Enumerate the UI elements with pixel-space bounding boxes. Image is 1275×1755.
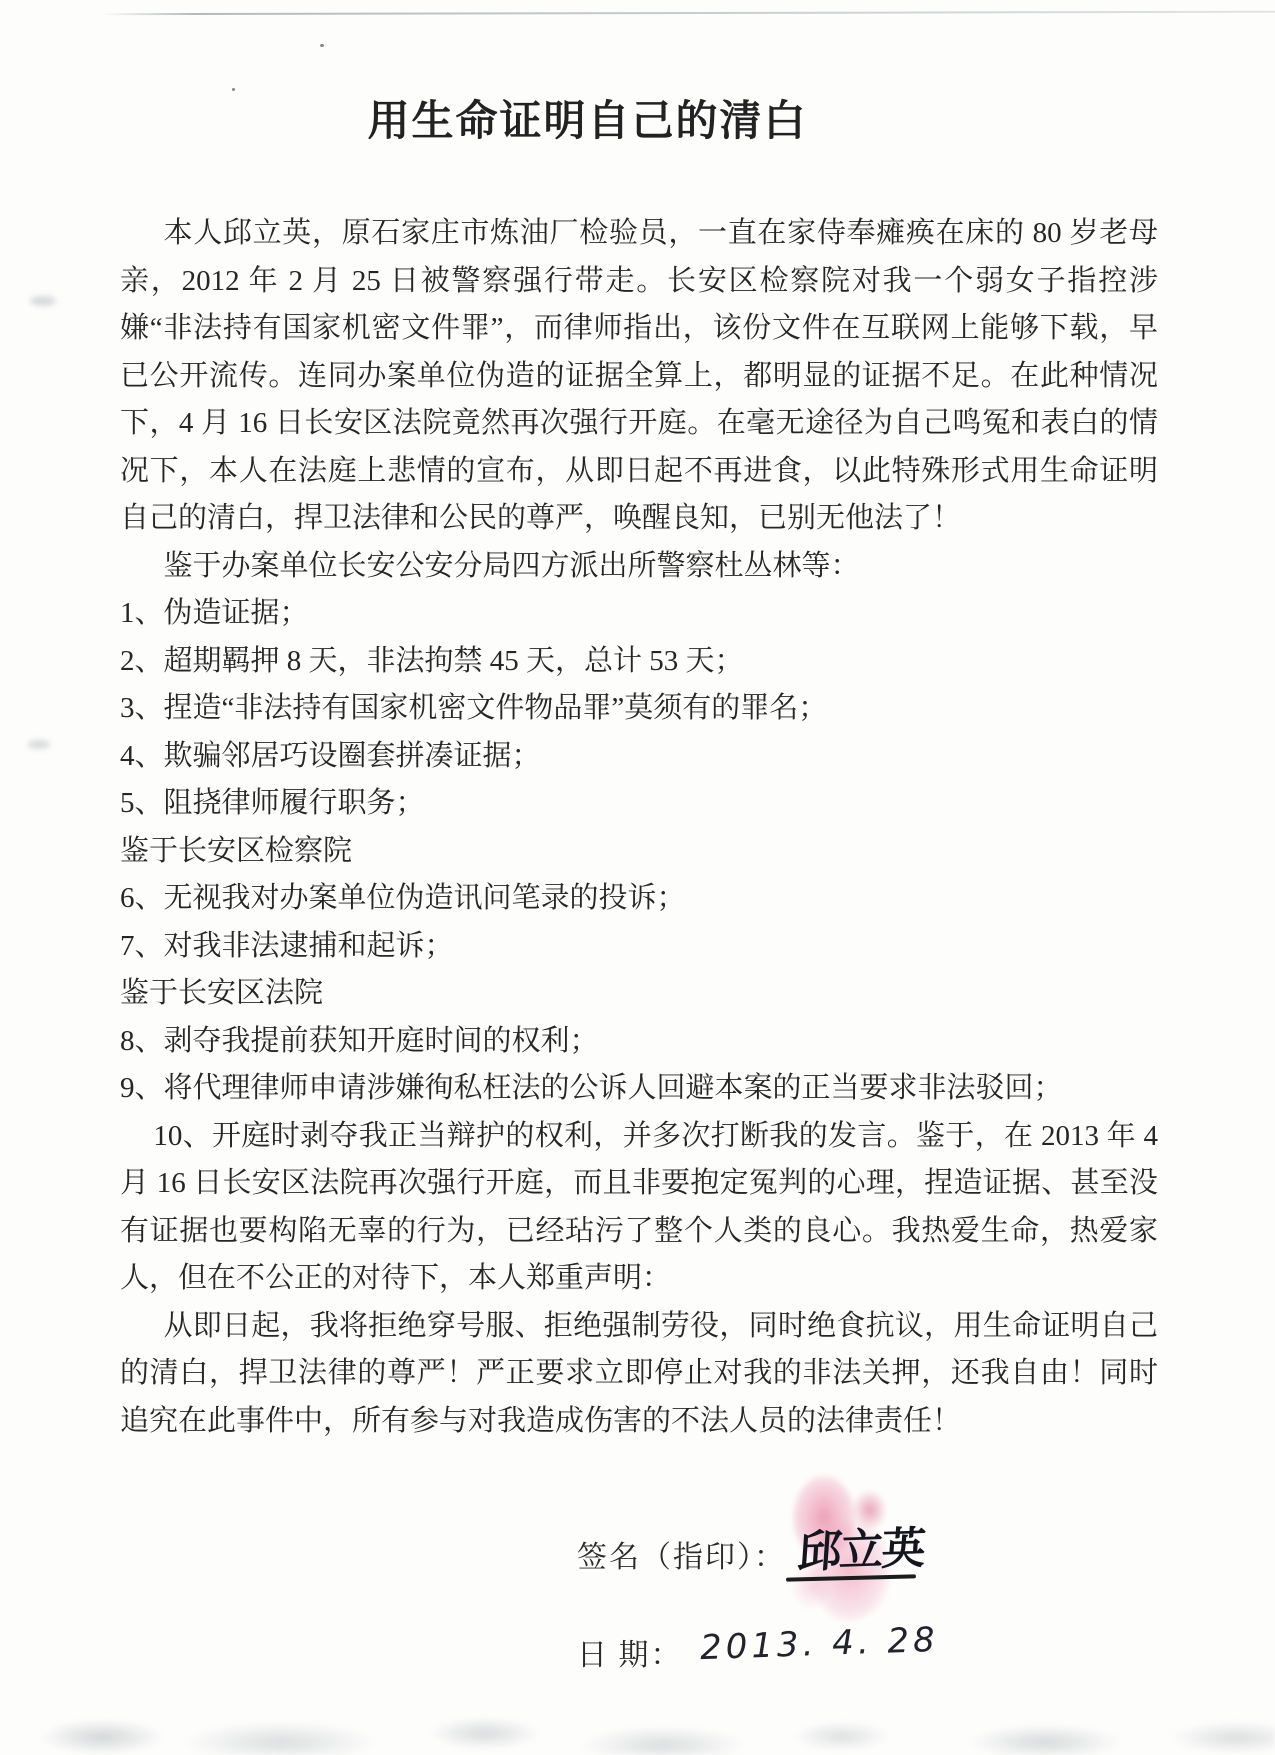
grievance-item-8: 8、剥夺我提前获知开庭时间的权利； — [120, 1018, 1158, 1066]
signature-label: 签名（指印）： — [577, 1532, 786, 1576]
date-label: 日 期： — [577, 1630, 683, 1674]
scan-edge-line — [100, 11, 1275, 15]
grievance-item-9: 9、将代理律师申请涉嫌徇私枉法的公诉人回避本案的正当要求非法驳回； — [120, 1065, 1158, 1113]
grievance-item-7: 7、对我非法逮捕和起诉； — [120, 923, 1158, 971]
grievance-item-2: 2、超期羁押 8 天，非法拘禁 45 天，总计 53 天； — [120, 638, 1158, 686]
date-handwriting: 2013. 4. 28 — [699, 1620, 939, 1668]
section-label-procuratorate: 鉴于长安区检察院 — [120, 828, 1158, 876]
signature-handwriting: 邱立英 — [796, 1512, 926, 1581]
declaration-paragraph: 从即日起，我将拒绝穿号服、拒绝强制劳役，同时绝食抗议，用生命证明自己的清白，捍卫… — [120, 1303, 1158, 1446]
scan-smudge — [30, 296, 56, 306]
regarding-police-line: 鉴于办案单位长安公安分局四方派出所警察杜丛林等： — [120, 543, 1158, 591]
intro-paragraph: 本人邱立英，原石家庄市炼油厂检验员，一直在家侍奉瘫痪在床的 80 岁老母亲，20… — [120, 210, 1158, 543]
document-body: 本人邱立英，原石家庄市炼油厂检验员，一直在家侍奉瘫痪在床的 80 岁老母亲，20… — [120, 210, 1158, 1445]
section-label-court: 鉴于长安区法院 — [120, 970, 1158, 1018]
grievance-item-4: 4、欺骗邻居巧设圈套拼凑证据； — [120, 733, 1158, 781]
scan-smudge — [28, 740, 50, 749]
scanned-page: 用生命证明自己的清白 本人邱立英，原石家庄市炼油厂检验员，一直在家侍奉瘫痪在床的… — [0, 0, 1275, 1755]
scan-noise-band — [0, 1683, 1275, 1755]
document-title: 用生命证明自己的清白 — [0, 88, 1175, 148]
grievance-item-5: 5、阻挠律师履行职务； — [120, 780, 1158, 828]
scan-speck — [320, 44, 324, 47]
grievance-item-1: 1、伪造证据； — [120, 590, 1158, 638]
grievance-item-3: 3、捏造“非法持有国家机密文件物品罪”莫须有的罪名； — [120, 685, 1158, 733]
grievance-item-6: 6、无视我对办案单位伪造讯问笔录的投诉； — [120, 875, 1158, 923]
grievance-item-10-paragraph: 10、开庭时剥夺我正当辩护的权利，并多次打断我的发言。鉴于，在 2013 年 4… — [120, 1113, 1158, 1303]
